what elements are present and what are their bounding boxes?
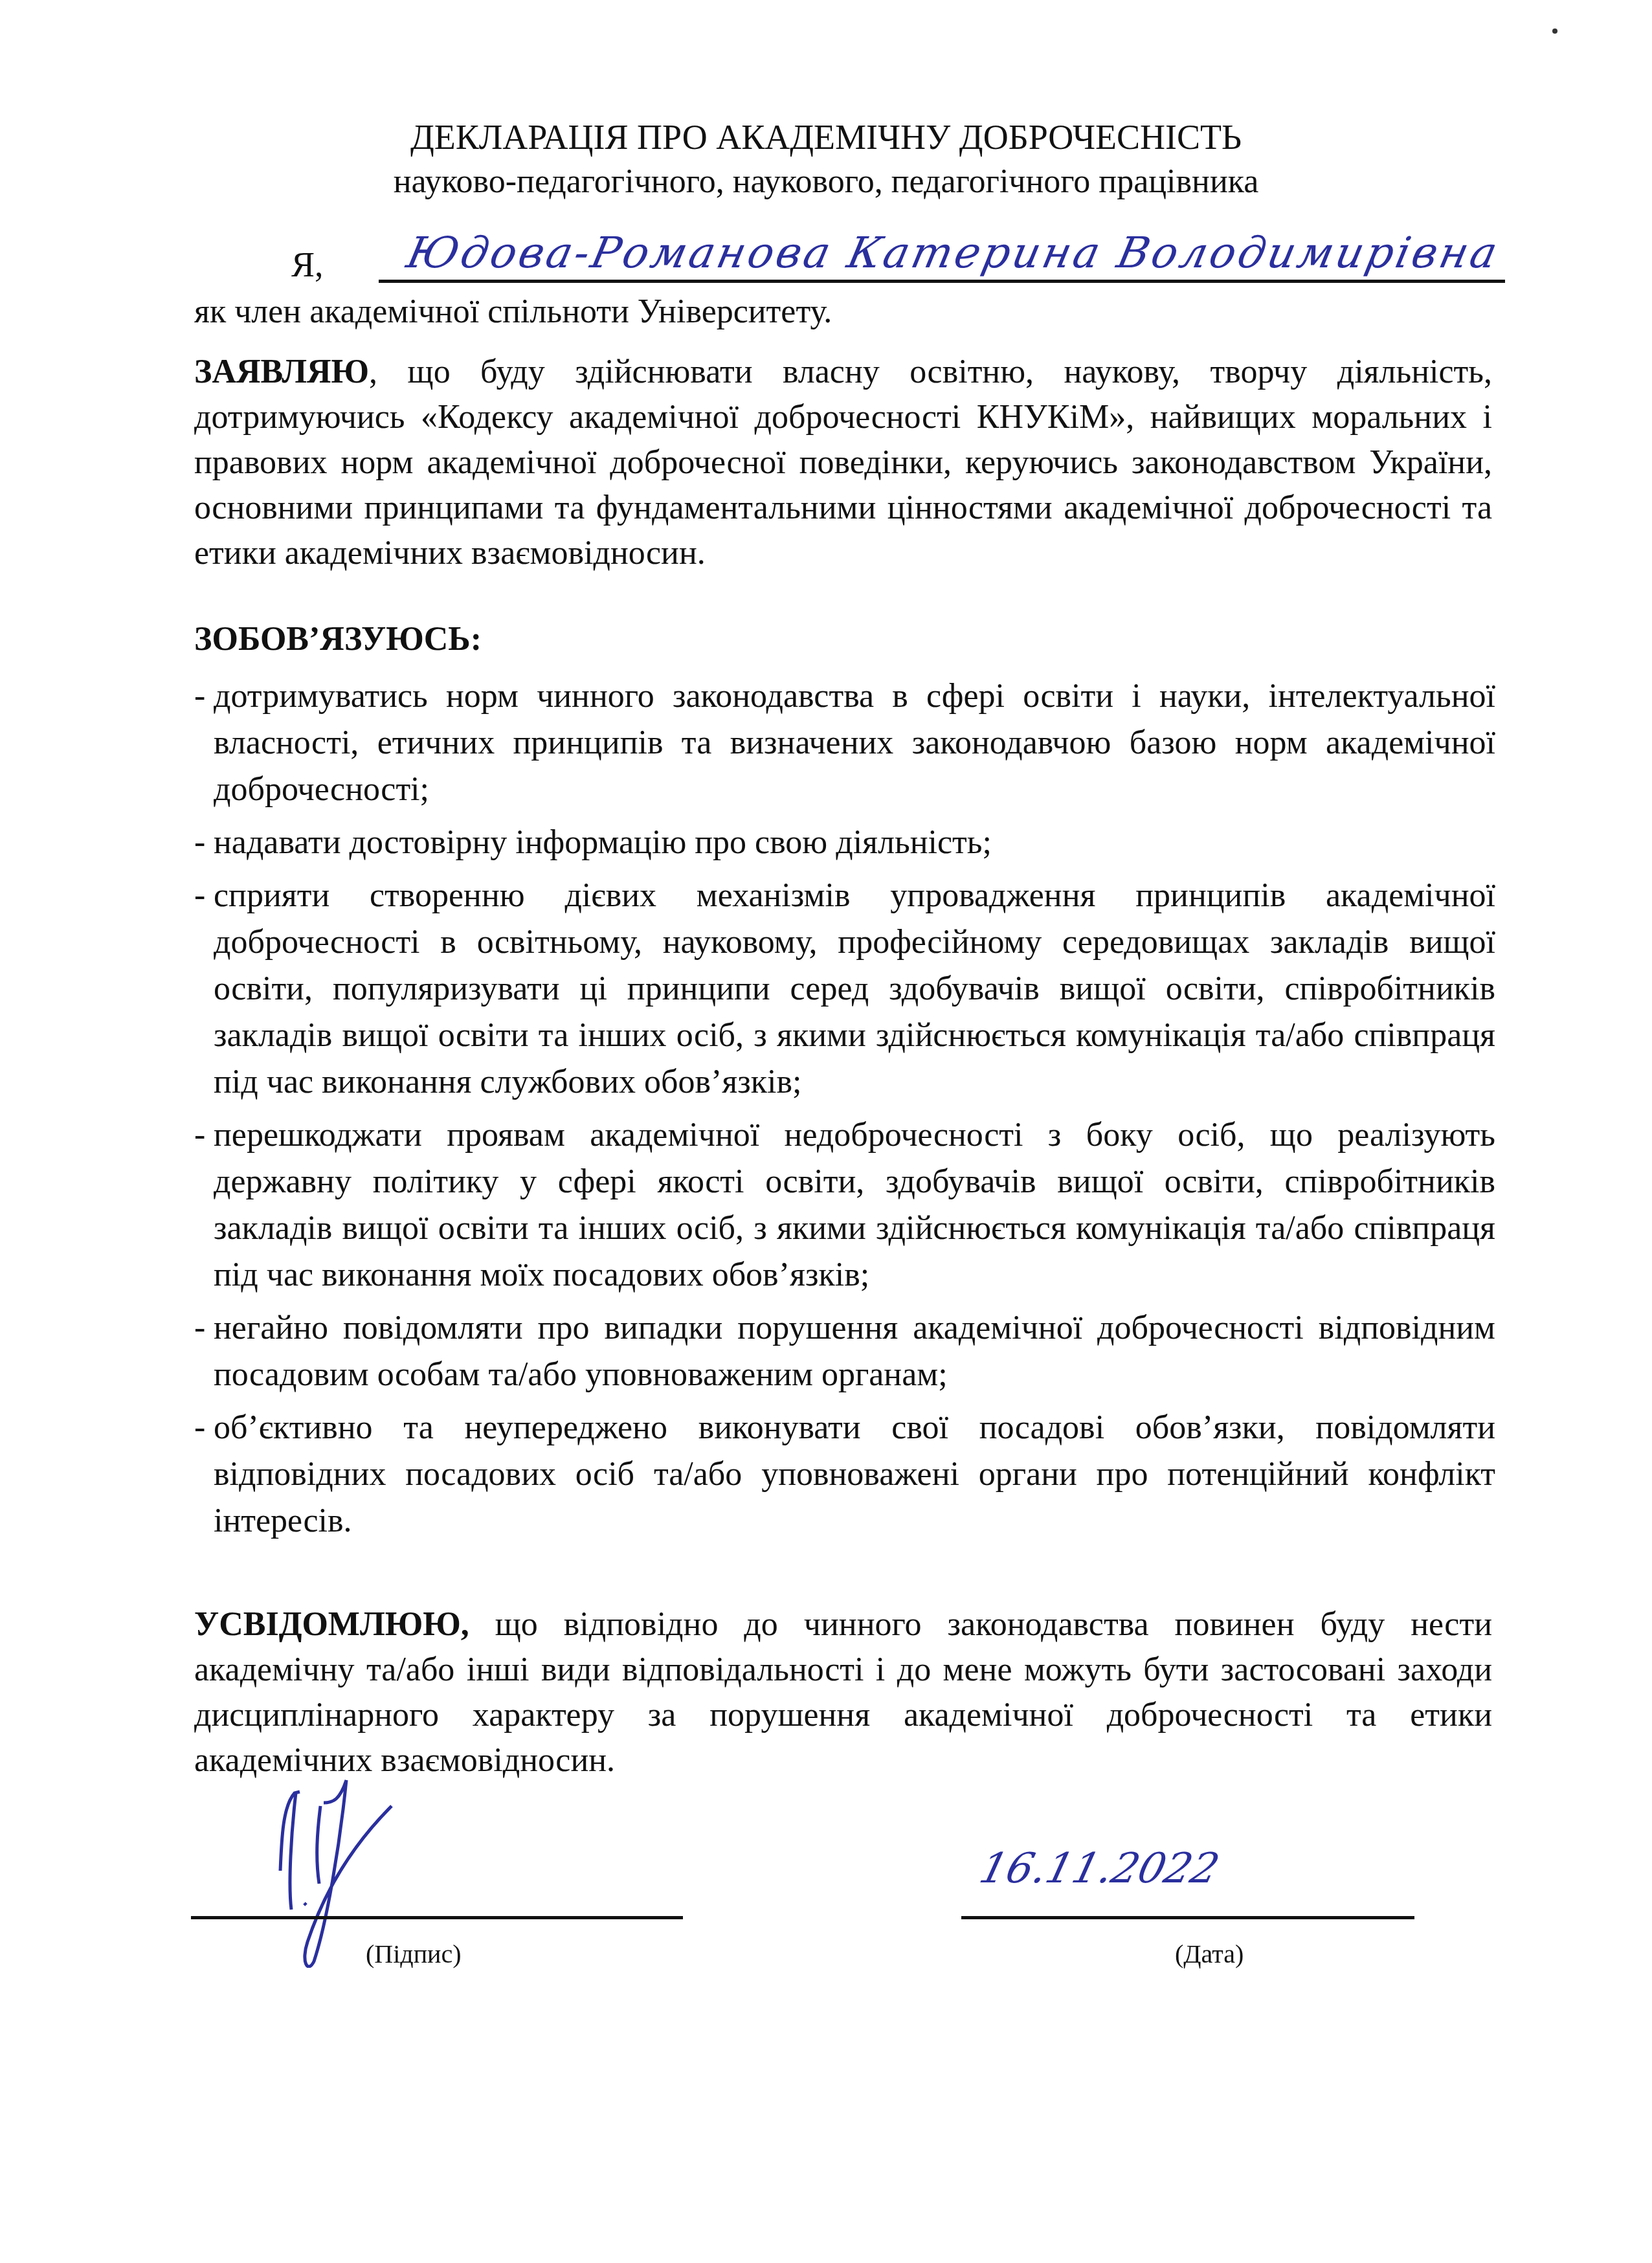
list-dash: -	[194, 819, 205, 866]
list-dash: -	[194, 1305, 205, 1352]
handwritten-date: 16.11.2022	[975, 1845, 1224, 1893]
commit-heading: ЗОБОВ’ЯЗУЮСЬ:	[194, 620, 482, 658]
date-block: 16.11.2022 (Дата)	[961, 1800, 1414, 1981]
commitment-text: негайно повідомляти про випадки порушенн…	[214, 1310, 1495, 1393]
document-subtitle: науково-педагогічного, наукового, педаго…	[0, 162, 1652, 202]
list-dash: -	[194, 1405, 205, 1451]
commitment-item: -об’єктивно та неупереджено виконувати с…	[194, 1405, 1495, 1544]
signature-icon	[243, 1754, 398, 1968]
list-dash: -	[194, 673, 205, 720]
commitment-item: -негайно повідомляти про випадки порушен…	[194, 1305, 1495, 1398]
signature-block: (Підпис)	[191, 1800, 683, 1981]
aware-keyword: УСВІДОМЛЮЮ,	[194, 1606, 469, 1643]
member-statement: як член академічної спільноти Університе…	[194, 293, 832, 331]
date-label: (Дата)	[1175, 1939, 1244, 1969]
signature-underline	[191, 1916, 683, 1919]
commitment-text: об’єктивно та неупереджено виконувати св…	[214, 1409, 1495, 1539]
name-underline	[379, 280, 1505, 283]
declare-paragraph: ЗАЯВЛЯЮ, що буду здійснювати власну осві…	[194, 350, 1492, 576]
handwritten-name: Юдова-Романова Катерина Володимирівна	[403, 228, 1504, 278]
commitment-text: перешкоджати проявам академічної недобро…	[214, 1117, 1495, 1293]
declaration-page: ДЕКЛАРАЦІЯ ПРО АКАДЕМІЧНУ ДОБРОЧЕСНІСТЬ …	[0, 0, 1652, 2263]
commitment-text: дотримуватись норм чинного законодавства…	[214, 678, 1495, 808]
scan-artifact	[1552, 28, 1557, 34]
commitment-item: -дотримуватись норм чинного законодавств…	[194, 673, 1495, 813]
commitments-list: -дотримуватись норм чинного законодавств…	[194, 673, 1495, 1551]
signature-label: (Підпис)	[366, 1939, 462, 1969]
declare-keyword: ЗАЯВЛЯЮ	[194, 353, 369, 390]
name-prefix: Я,	[291, 245, 324, 285]
commitment-text: надавати достовірну інформацію про свою …	[214, 824, 992, 861]
document-title: ДЕКЛАРАЦІЯ ПРО АКАДЕМІЧНУ ДОБРОЧЕСНІСТЬ	[0, 117, 1652, 158]
commitment-item: -перешкоджати проявам академічної недобр…	[194, 1112, 1495, 1299]
list-dash: -	[194, 1112, 205, 1159]
list-dash: -	[194, 873, 205, 919]
name-field-row: Я, Юдова-Романова Катерина Володимирівна	[194, 233, 1521, 291]
date-underline	[961, 1916, 1414, 1919]
commitment-item: -надавати достовірну інформацію про свою…	[194, 819, 1495, 866]
commitment-text: сприяти створенню дієвих механізмів упро…	[214, 877, 1495, 1100]
commitment-item: -сприяти створенню дієвих механізмів упр…	[194, 873, 1495, 1106]
declare-text: , що буду здійснювати власну освітню, на…	[194, 353, 1492, 572]
